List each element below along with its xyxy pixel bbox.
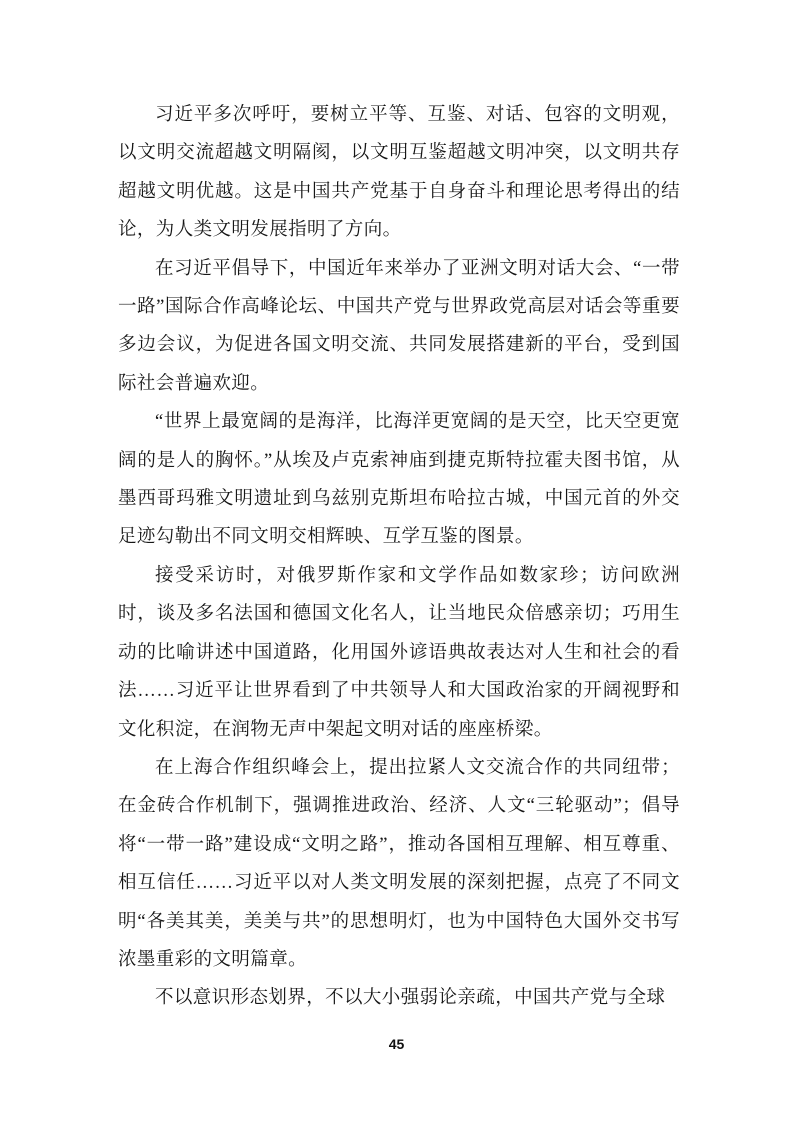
paragraph: 接受采访时，对俄罗斯作家和文学作品如数家珍；访问欧洲时，谈及多名法国和德国文化名… <box>118 557 680 749</box>
paragraph: “世界上最宽阔的是海洋，比海洋更宽阔的是天空，比天空更宽阔的是人的胸怀。”从埃及… <box>118 403 680 557</box>
paragraph: 在习近平倡导下，中国近年来举办了亚洲文明对话大会、“一带一路”国际合作高峰论坛、… <box>118 250 680 404</box>
page-number: 45 <box>0 1036 793 1052</box>
paragraph: 在上海合作组织峰会上，提出拉紧人文交流合作的共同纽带；在金砖合作机制下，强调推进… <box>118 749 680 979</box>
page-body: 习近平多次呼吁，要树立平等、互鉴、对话、包容的文明观，以文明交流超越文明隔阂，以… <box>118 96 680 1018</box>
paragraph: 习近平多次呼吁，要树立平等、互鉴、对话、包容的文明观，以文明交流超越文明隔阂，以… <box>118 96 680 250</box>
document-page: 习近平多次呼吁，要树立平等、互鉴、对话、包容的文明观，以文明交流超越文明隔阂，以… <box>0 0 793 1122</box>
paragraph: 不以意识形态划界，不以大小强弱论亲疏，中国共产党与全球 <box>118 979 680 1017</box>
